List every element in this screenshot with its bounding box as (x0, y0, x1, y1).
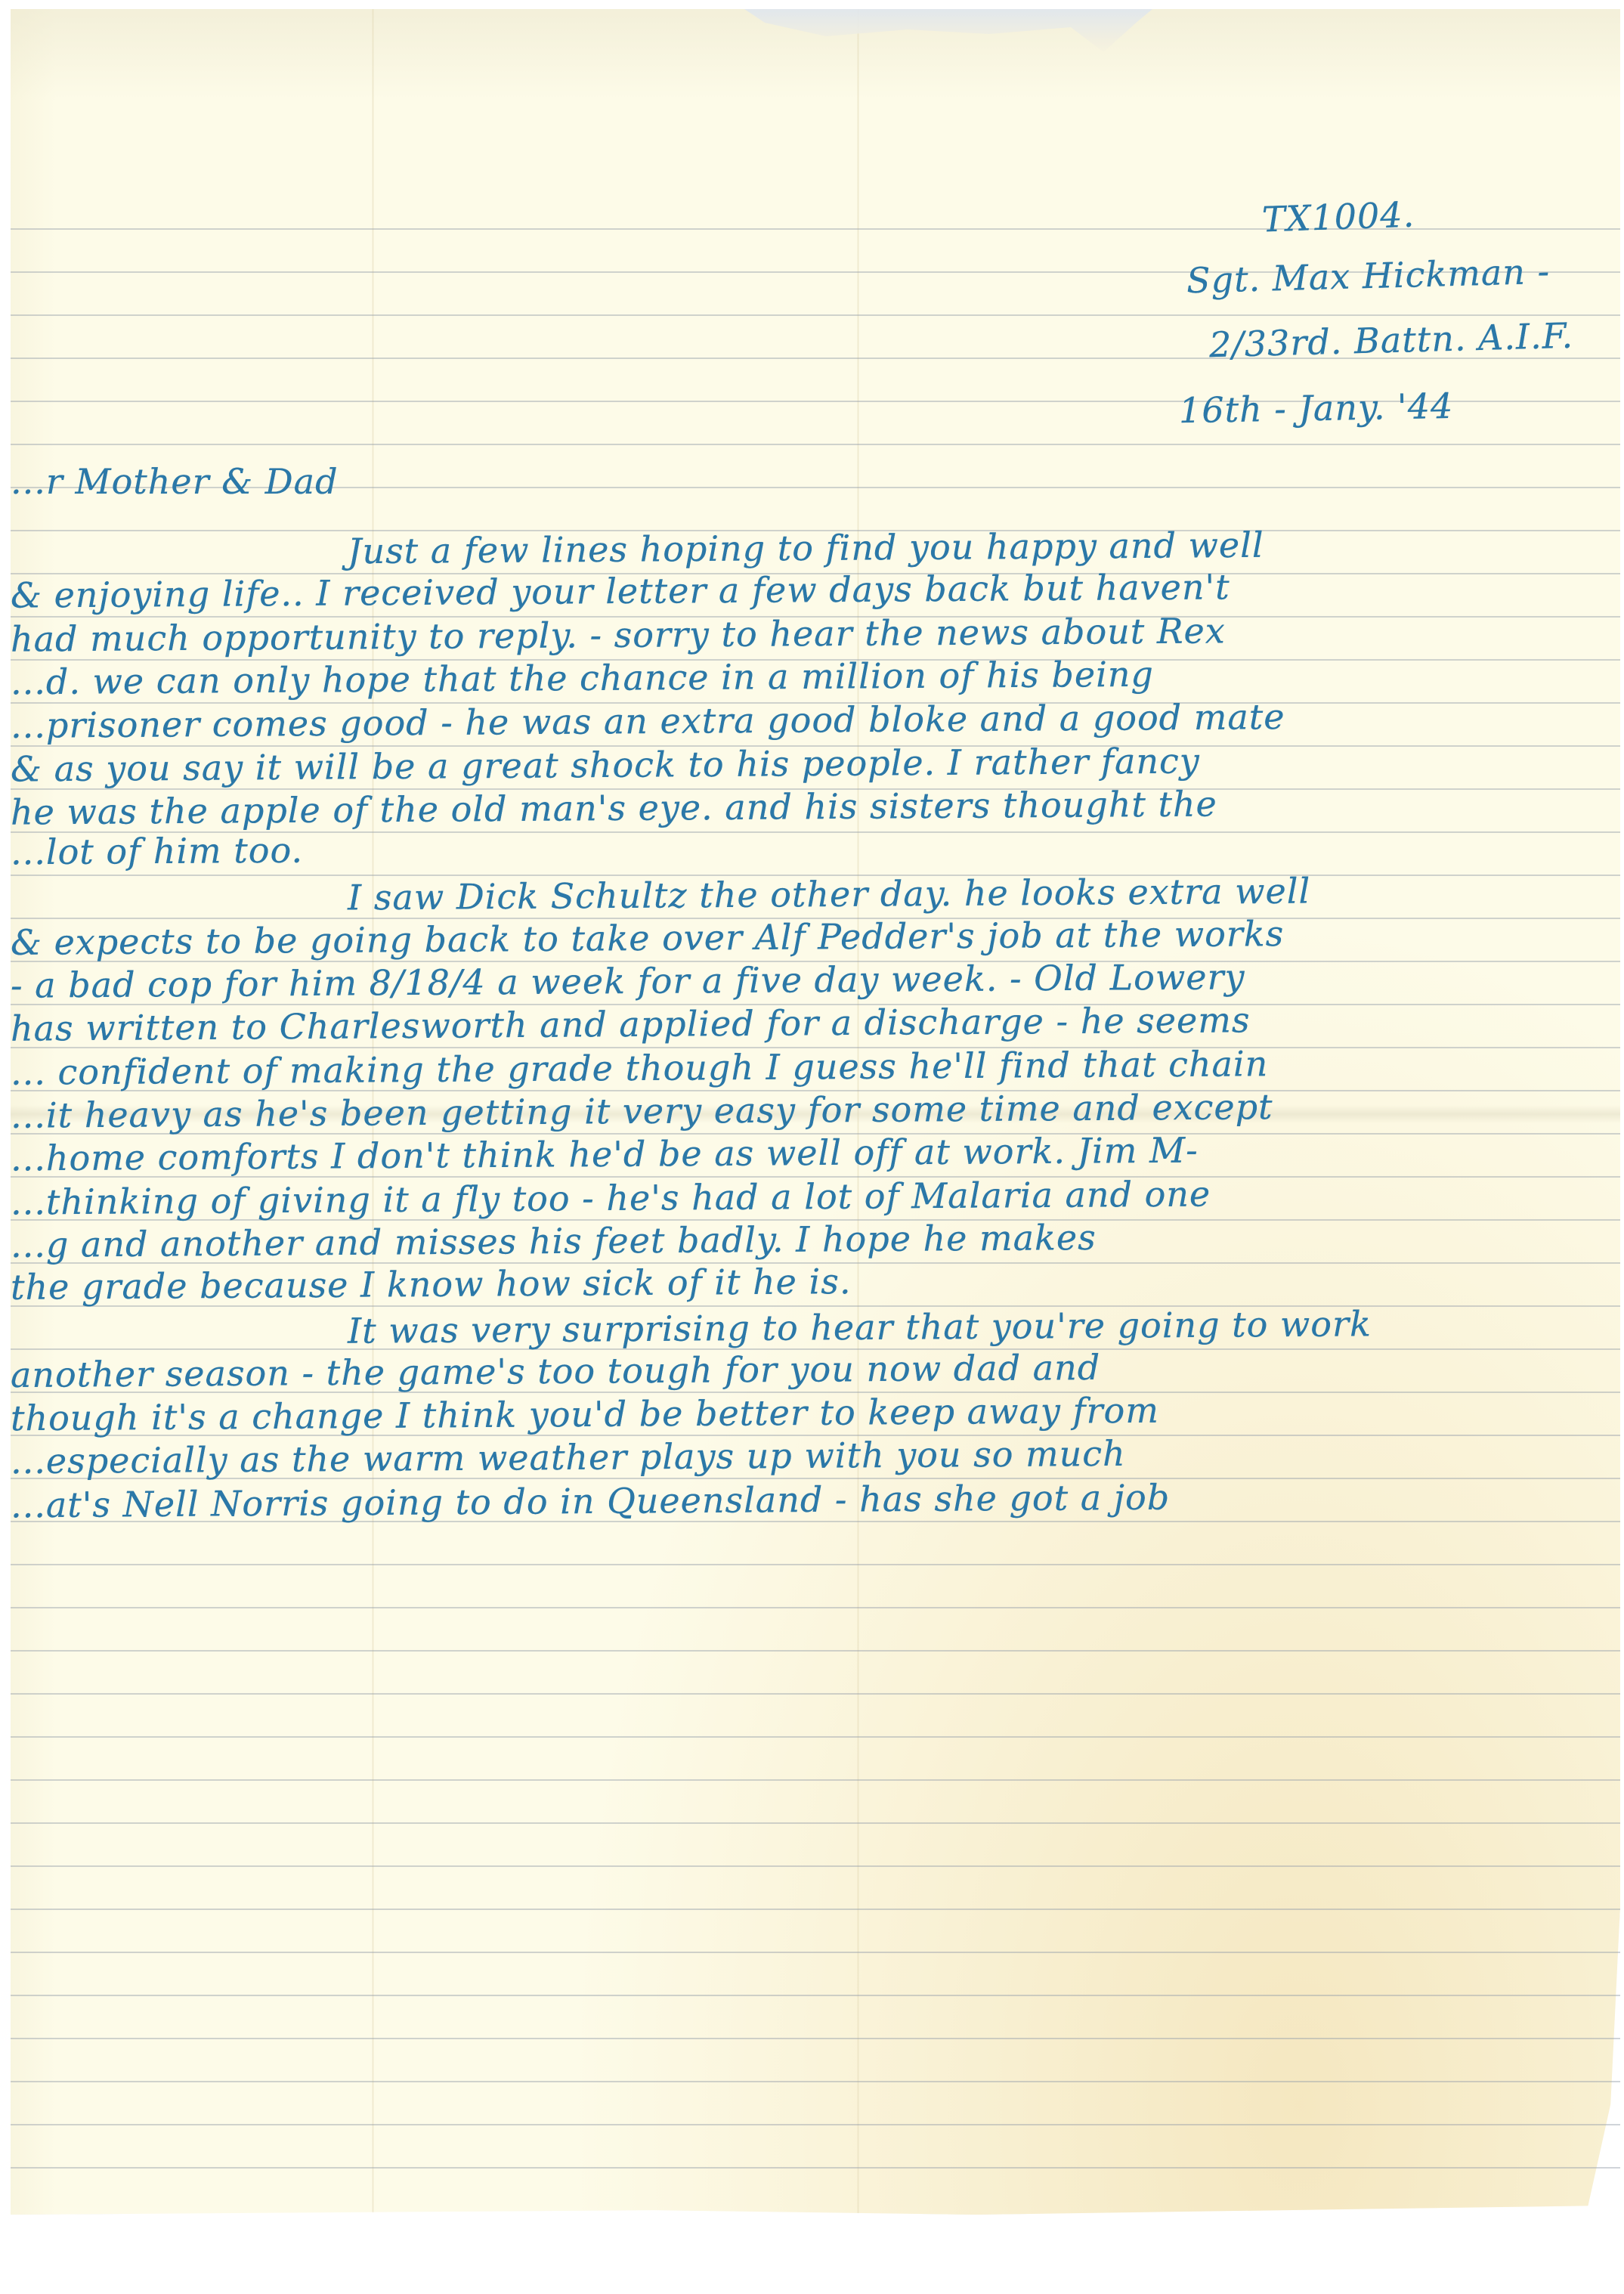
letter-line: & expects to be going back to take over … (11, 915, 1285, 961)
ruled-line (11, 1564, 1620, 1565)
letter-line: the grade because I know how sick of it … (11, 1262, 852, 1306)
letter-line: & enjoying life.. I received your letter… (11, 568, 1230, 615)
letter-line: ...d. we can only hope that the chance i… (11, 655, 1154, 701)
service-number: TX1004. (1261, 195, 1415, 238)
letter-line: It was very surprising to hear that you'… (348, 1305, 1372, 1350)
letter-date: 16th - Jany. '44 (1179, 387, 1454, 429)
letter-line: another season - the game's too tough fo… (11, 1348, 1101, 1394)
ruled-line (11, 2038, 1620, 2039)
ruled-line (11, 1952, 1620, 1953)
ruled-line (11, 1779, 1620, 1781)
ruled-line (11, 1865, 1620, 1867)
letter-line: ...lot of him too. (11, 831, 303, 871)
letter-line: ...thinking of giving it a fly too - he'… (11, 1175, 1211, 1221)
letter-line: ...prisoner comes good - he was an extra… (11, 698, 1285, 745)
letter-line: had much opportunity to reply. - sorry t… (11, 611, 1226, 658)
letter-line: & as you say it will be a great shock to… (11, 741, 1200, 788)
letter-line: I saw Dick Schultz the other day. he loo… (348, 872, 1311, 917)
letter-line: has written to Charlesworth and applied … (11, 1001, 1251, 1048)
ruled-line (11, 1995, 1620, 1996)
letter-line: he was the apple of the old man's eye. a… (11, 785, 1217, 831)
ruled-line (11, 1693, 1620, 1695)
letter-line: ...home comforts I don't think he'd be a… (11, 1132, 1199, 1178)
ruled-line (11, 2167, 1620, 2169)
sender-unit: 2/33rd. Battn. A.I.F. (1208, 317, 1573, 364)
letter-line: Just a few lines hoping to find you happ… (348, 526, 1264, 570)
ruled-line (11, 1909, 1620, 1910)
ruled-line (11, 1607, 1620, 1608)
letter-line: though it's a change I think you'd be be… (11, 1392, 1159, 1438)
ruled-line (11, 1822, 1620, 1824)
ruled-line (11, 1650, 1620, 1652)
letter-line: ...especially as the warm weather plays … (11, 1435, 1126, 1480)
ruled-line (11, 444, 1620, 445)
ruled-line (11, 2081, 1620, 2082)
letter-line: - a bad cop for him 8/18/4 a week for a … (11, 958, 1245, 1004)
sender-rank-name: Sgt. Max Hickman - (1186, 252, 1550, 300)
letter-line: ... confident of making the grade though… (11, 1045, 1269, 1091)
letter-line: ...at's Nell Norris going to do in Queen… (11, 1478, 1170, 1524)
letter-line: ...g and another and misses his feet bad… (11, 1218, 1097, 1264)
salutation: ...r Mother & Dad (11, 463, 339, 500)
ruled-line (11, 2124, 1620, 2125)
ruled-line (11, 1736, 1620, 1738)
letter-line: ...it heavy as he's been getting it very… (11, 1088, 1273, 1135)
ruled-line (11, 314, 1620, 316)
